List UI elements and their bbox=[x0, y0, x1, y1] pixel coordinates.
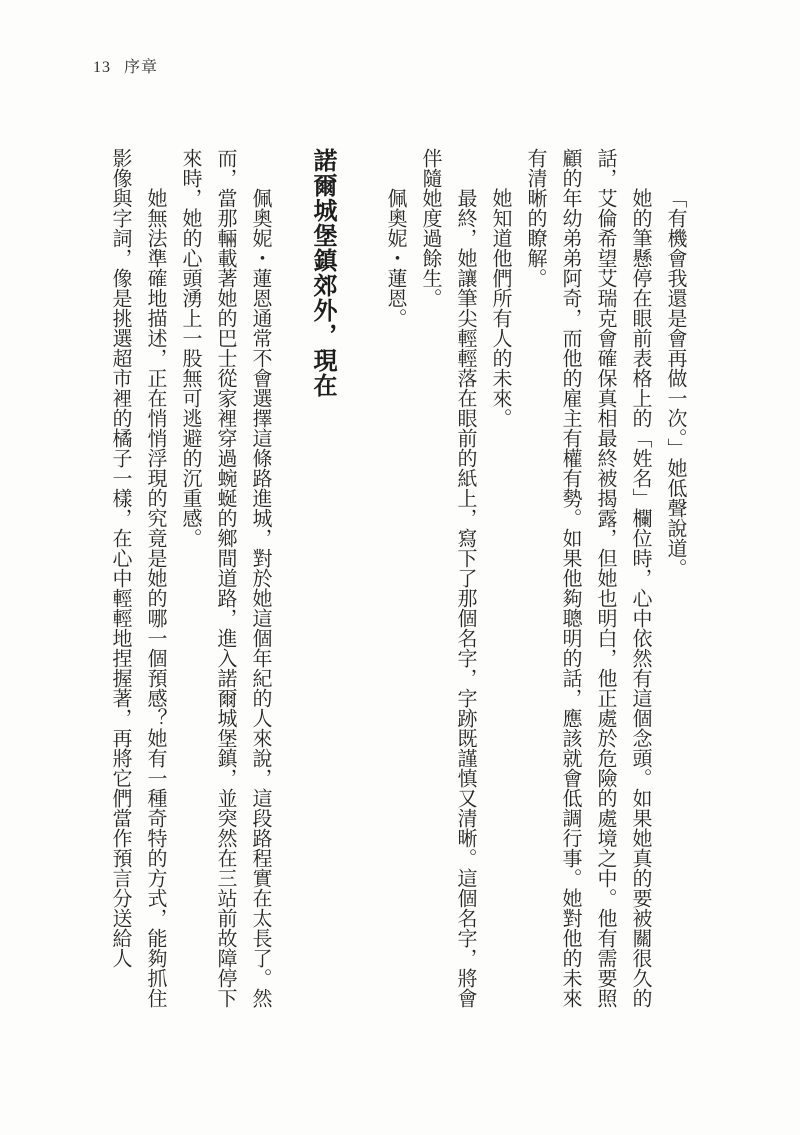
section-heading: 諾爾城堡鎮郊外，現在 bbox=[301, 148, 343, 1022]
paragraph-2: 她的筆懸停在眼前表格上的「姓名」欄位時，心中依然有這個念頭。如果她真的要被關很久… bbox=[517, 148, 657, 1022]
paragraph-4: 最終，她讓筆尖輕輕落在眼前的紙上，寫下了那個名字，字跡既謹慎又清晰。這個名字，將… bbox=[412, 148, 482, 1022]
book-page: 13 序章 「有機會我還是會再做一次。」她低聲說道。 她的筆懸停在眼前表格上的「… bbox=[0, 0, 800, 1135]
section-paragraph-2: 她無法準確地描述，正在悄悄浮現的究竟是她的哪一個預感？她有一種奇特的方式，能夠抓… bbox=[102, 148, 172, 1022]
section-paragraph-1: 佩奧妮・蓮恩通常不會選擇這條路進城，對於她這個年紀的人來說，這段路程實在太長了。… bbox=[172, 148, 277, 1022]
paragraph-3: 她知道他們所有人的未來。 bbox=[482, 148, 517, 1022]
running-header: 13 序章 bbox=[93, 54, 158, 77]
paragraph-5: 佩奧妮・蓮恩。 bbox=[377, 148, 412, 1022]
vertical-text-block: 「有機會我還是會再做一次。」她低聲說道。 她的筆懸停在眼前表格上的「姓名」欄位時… bbox=[102, 148, 692, 1022]
paragraph-1: 「有機會我還是會再做一次。」她低聲說道。 bbox=[657, 148, 692, 1022]
chapter-title: 序章 bbox=[124, 54, 158, 77]
page-number: 13 bbox=[93, 59, 111, 77]
